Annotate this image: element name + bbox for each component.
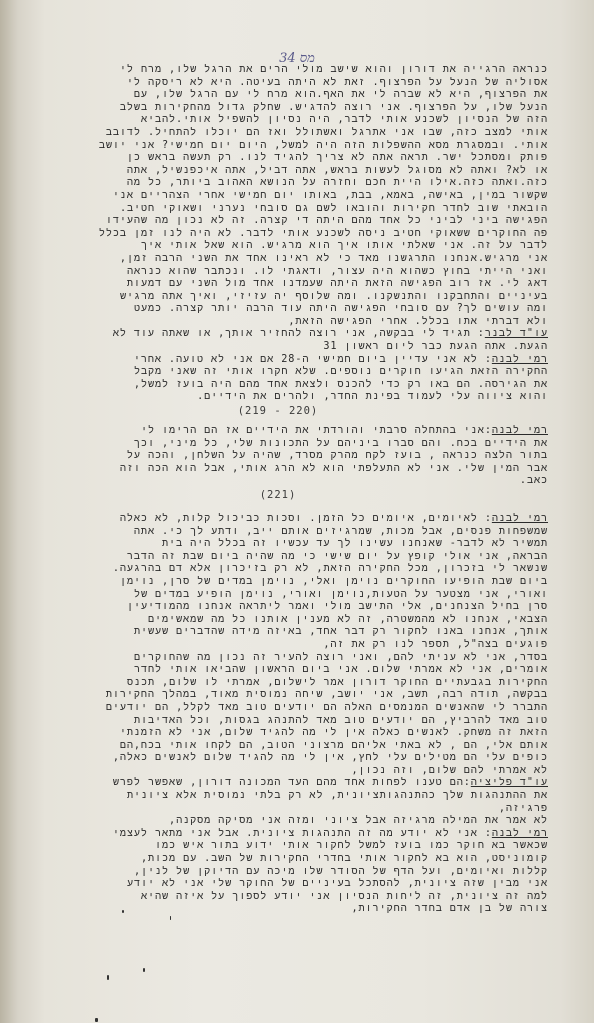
paper-speck [170,916,171,920]
text-line: או לא? ואתה לא מסוגל לעשות בראש, אתה דבי… [48,165,548,178]
text-line: אומרים, אני לא אמרתי שלום. אני ביום הראש… [48,664,548,677]
text-line: הזה של הנסיון לשכנע אותי לדבר, היה נסיון… [48,114,548,127]
text-line: הבראה, אני אולי קופץ על יום שישי כי מה ש… [48,551,548,564]
text-line: שנשאר לי בזכרון, מכל החקירה הזאת, לא רק … [48,563,548,576]
text-line: אסוליה של הנעל על הפרצוף. זאת לא היתה בע… [48,77,548,90]
document-page: מס 34 כנראה הרגייה את דורון והוא שישב מו… [0,0,594,1023]
text-line: הובאתי שוב לחדר חקירות והובאו לשם גם סוב… [48,203,548,216]
text-line: פוגעים בצה"ל, תספר לנו רק את זה, [48,639,548,652]
text-line: הגעת. אתה הגעת כבר ליום ראשון 31 [48,341,548,354]
text-line: ואורי, אני מצטער על הטעות,נוימן ואורי, נ… [48,589,548,602]
paper-speck [122,910,124,913]
text-line: קללות ואיומים, ועל הדף של הסודר שלו מיכה… [48,866,548,879]
text-block-testimony-2: רמי לבנה:אני בהתחלה סרבתי והורדתי את היד… [48,425,548,502]
speaker-label: עו"ד לבנר [485,328,548,339]
text-line: כאב. [48,475,548,488]
text-line: אני מבין שזה ציונית, להסתכל בעיניים של ה… [48,878,548,891]
text-line: שקשור במין, באישה, באמא, בבת, באותו יום … [48,190,548,203]
text-line: דאג לי. אז רוב הפגישה הזאת היתה שעמדנו א… [48,278,548,291]
speaker-label: רמי לבנה [492,828,548,839]
text-line: ואני הייתי בחוץ כשהוא היה עצור, ודאגתי ל… [48,266,548,279]
text-line: אותי למצב כזה, שבו אני אתרגל ואשתולל ואז… [48,127,548,140]
text-line: פותק ומסתכל ישר. תראה אתה לא צריך להגיד … [48,152,548,165]
text-line: עו"ד פליציה:הם טענו לפחות אחד מהם העד המ… [48,777,548,790]
text-line: סרן בחיל הצנחנים, אלי התישב מולי ואמר לי… [48,601,548,614]
text-line: את הפרצוף, היא לא שברה לי את האף.הוא מרח… [48,89,548,102]
text-line: שכאשר בא חוקר כמו בועז למשל לחקור אותי י… [48,840,548,853]
text-line: לא אמר את המילה מרגיזה אבל ציוני ומזה אנ… [48,815,548,828]
text-line: התברר לי שהאנשים המנמסים האלה הם יודעים … [48,702,548,715]
text-line: הפגישה ביני לביני כל אחד מהם היתה די קצר… [48,215,548,228]
text-line: החקירות בגבעתיים החוקר דורון אמר לישלום,… [48,677,548,690]
text-line: בתור הלצה כנראה , בועז לקח מהרק מסרד, שה… [48,450,548,463]
text-block-testimony-3: רמי לבנה: לאיומים, איומים כל הזמן. וסכות… [48,513,548,916]
text-line: הנעל שלו, על הפרצוף. אני רוצה להדגיש. שח… [48,102,548,115]
speaker-label: רמי לבנה [492,354,548,365]
text-line: תמשיר לא לדבר- שאנחנו עשינו לך עד עכשיו … [48,538,548,551]
text-line: רמי לבנה:אני בהתחלה סרבתי והורדתי את היד… [48,425,548,438]
text-line: כזה.ואתה כזה.אילו היית חכם וחזרה על הנוש… [48,177,548,190]
text-line: את הגירסה. הם באו רק כדי להכנס ולצאת אחד… [48,379,548,392]
text-line: אותם אלי, הם , לא באתי אליהם מרצוני הטוב… [48,740,548,753]
text-line: רמי לבנה: לאיומים, איומים כל הזמן. וסכות… [48,513,548,526]
paper-speck [143,968,145,972]
text-line: את הידיים בכח. והם סברו ביניהם על התכונו… [48,438,548,451]
paper-speck [95,1018,98,1022]
text-line: אני מרגיש.אנחנו התרגשנו מאד כי לא ראינו … [48,253,548,266]
text-line: הזאת זה משחק. לאנשים כאלה אין לי מה להגי… [48,727,548,740]
text-line: הצבאי, אנחנו לא מהמשטרה, זה לא מענין אות… [48,614,548,627]
text-line: ולא דברתי אתו בכלל. אחרי הפגישה הזאת, [48,316,548,329]
text-line: החקירה הזאת הגיעו חוקרים נוספים. שלא חקר… [48,366,548,379]
page-reference: (221) [8,488,548,502]
text-line: כופים עלי הם מטילים עלי לחץ, אין לי מה ל… [48,752,548,765]
text-line: אבר המין שלי. אני לא התעלפתי הוא לא הרג … [48,463,548,476]
text-line: פרגיזה, [48,803,548,816]
text-line: פה החוקרים ששאוקי חטיב ניסה לשכנע אותי ל… [48,228,548,241]
speaker-label: רמי לבנה [492,425,548,436]
text-line: לא אמרתי להם שלום, וזה נכון, [48,765,548,778]
text-line: למה זה ציונית, זה ליחות הנסיון אני יודע … [48,891,548,904]
text-line: שמשפחות פנסים, אבל מכות, שמרגיזים אותם י… [48,526,548,539]
text-line: בעיניים והתחבקנו והתנשקנו. ומה שלוסף יה … [48,291,548,304]
text-line: ומה עושים לך? עם סובחי הפגישה היתה עוד ה… [48,303,548,316]
text-line: טוב מאד להרביץ, הם יודעים טוב מאד להתנהג… [48,715,548,728]
text-line: והוא ציווה עלי לעמוד בפינת החדר, ולהרים … [48,391,548,404]
text-line: את ההתנהגות שלך כהתנהגותציונית, לא רק בל… [48,790,548,803]
speaker-label: עו"ד פליציה [471,777,548,788]
paper-speck [107,975,109,980]
text-line: אותך, אנחנו באנו לחקור רק דבר אחד, באיזה… [48,626,548,639]
text-line: לדבר על זה. אני שאלתי אותו איך הוא מרגיש… [48,240,548,253]
text-block-testimony-1: כנראה הרגייה את דורון והוא שישב מולי הרי… [48,64,548,418]
text-line: אותי. ובמסגרת מסא ההשפלות הזה היה למשל, … [48,140,548,153]
text-line: עו"ד לבנר: תגיד לי בבקשה, אני רוצה להחזי… [48,328,548,341]
text-line: בבקשה, תודה רבה, תשב, אני יושב, שיחה נמו… [48,689,548,702]
page-reference: (219 - 220) [8,404,548,418]
speaker-label: רמי לבנה [492,513,548,524]
text-line: כנראה הרגייה את דורון והוא שישב מולי הרי… [48,64,548,77]
text-line: קומוניסט, הוא בא לחקור אותי בחדרי החקירו… [48,853,548,866]
text-line: רמי לבנה: אני לא יודע מה זה התנהגות ציונ… [48,828,548,841]
text-line: בסדר, אני לא עניתי להם, ואני רוצה להעיר … [48,652,548,665]
text-line: רמי לבנה: לא אני עדיין ביום חמישי ה-28 א… [48,354,548,367]
text-line: ביום שבת הופיעו החוקרים נוימן ואלי, נוימ… [48,576,548,589]
